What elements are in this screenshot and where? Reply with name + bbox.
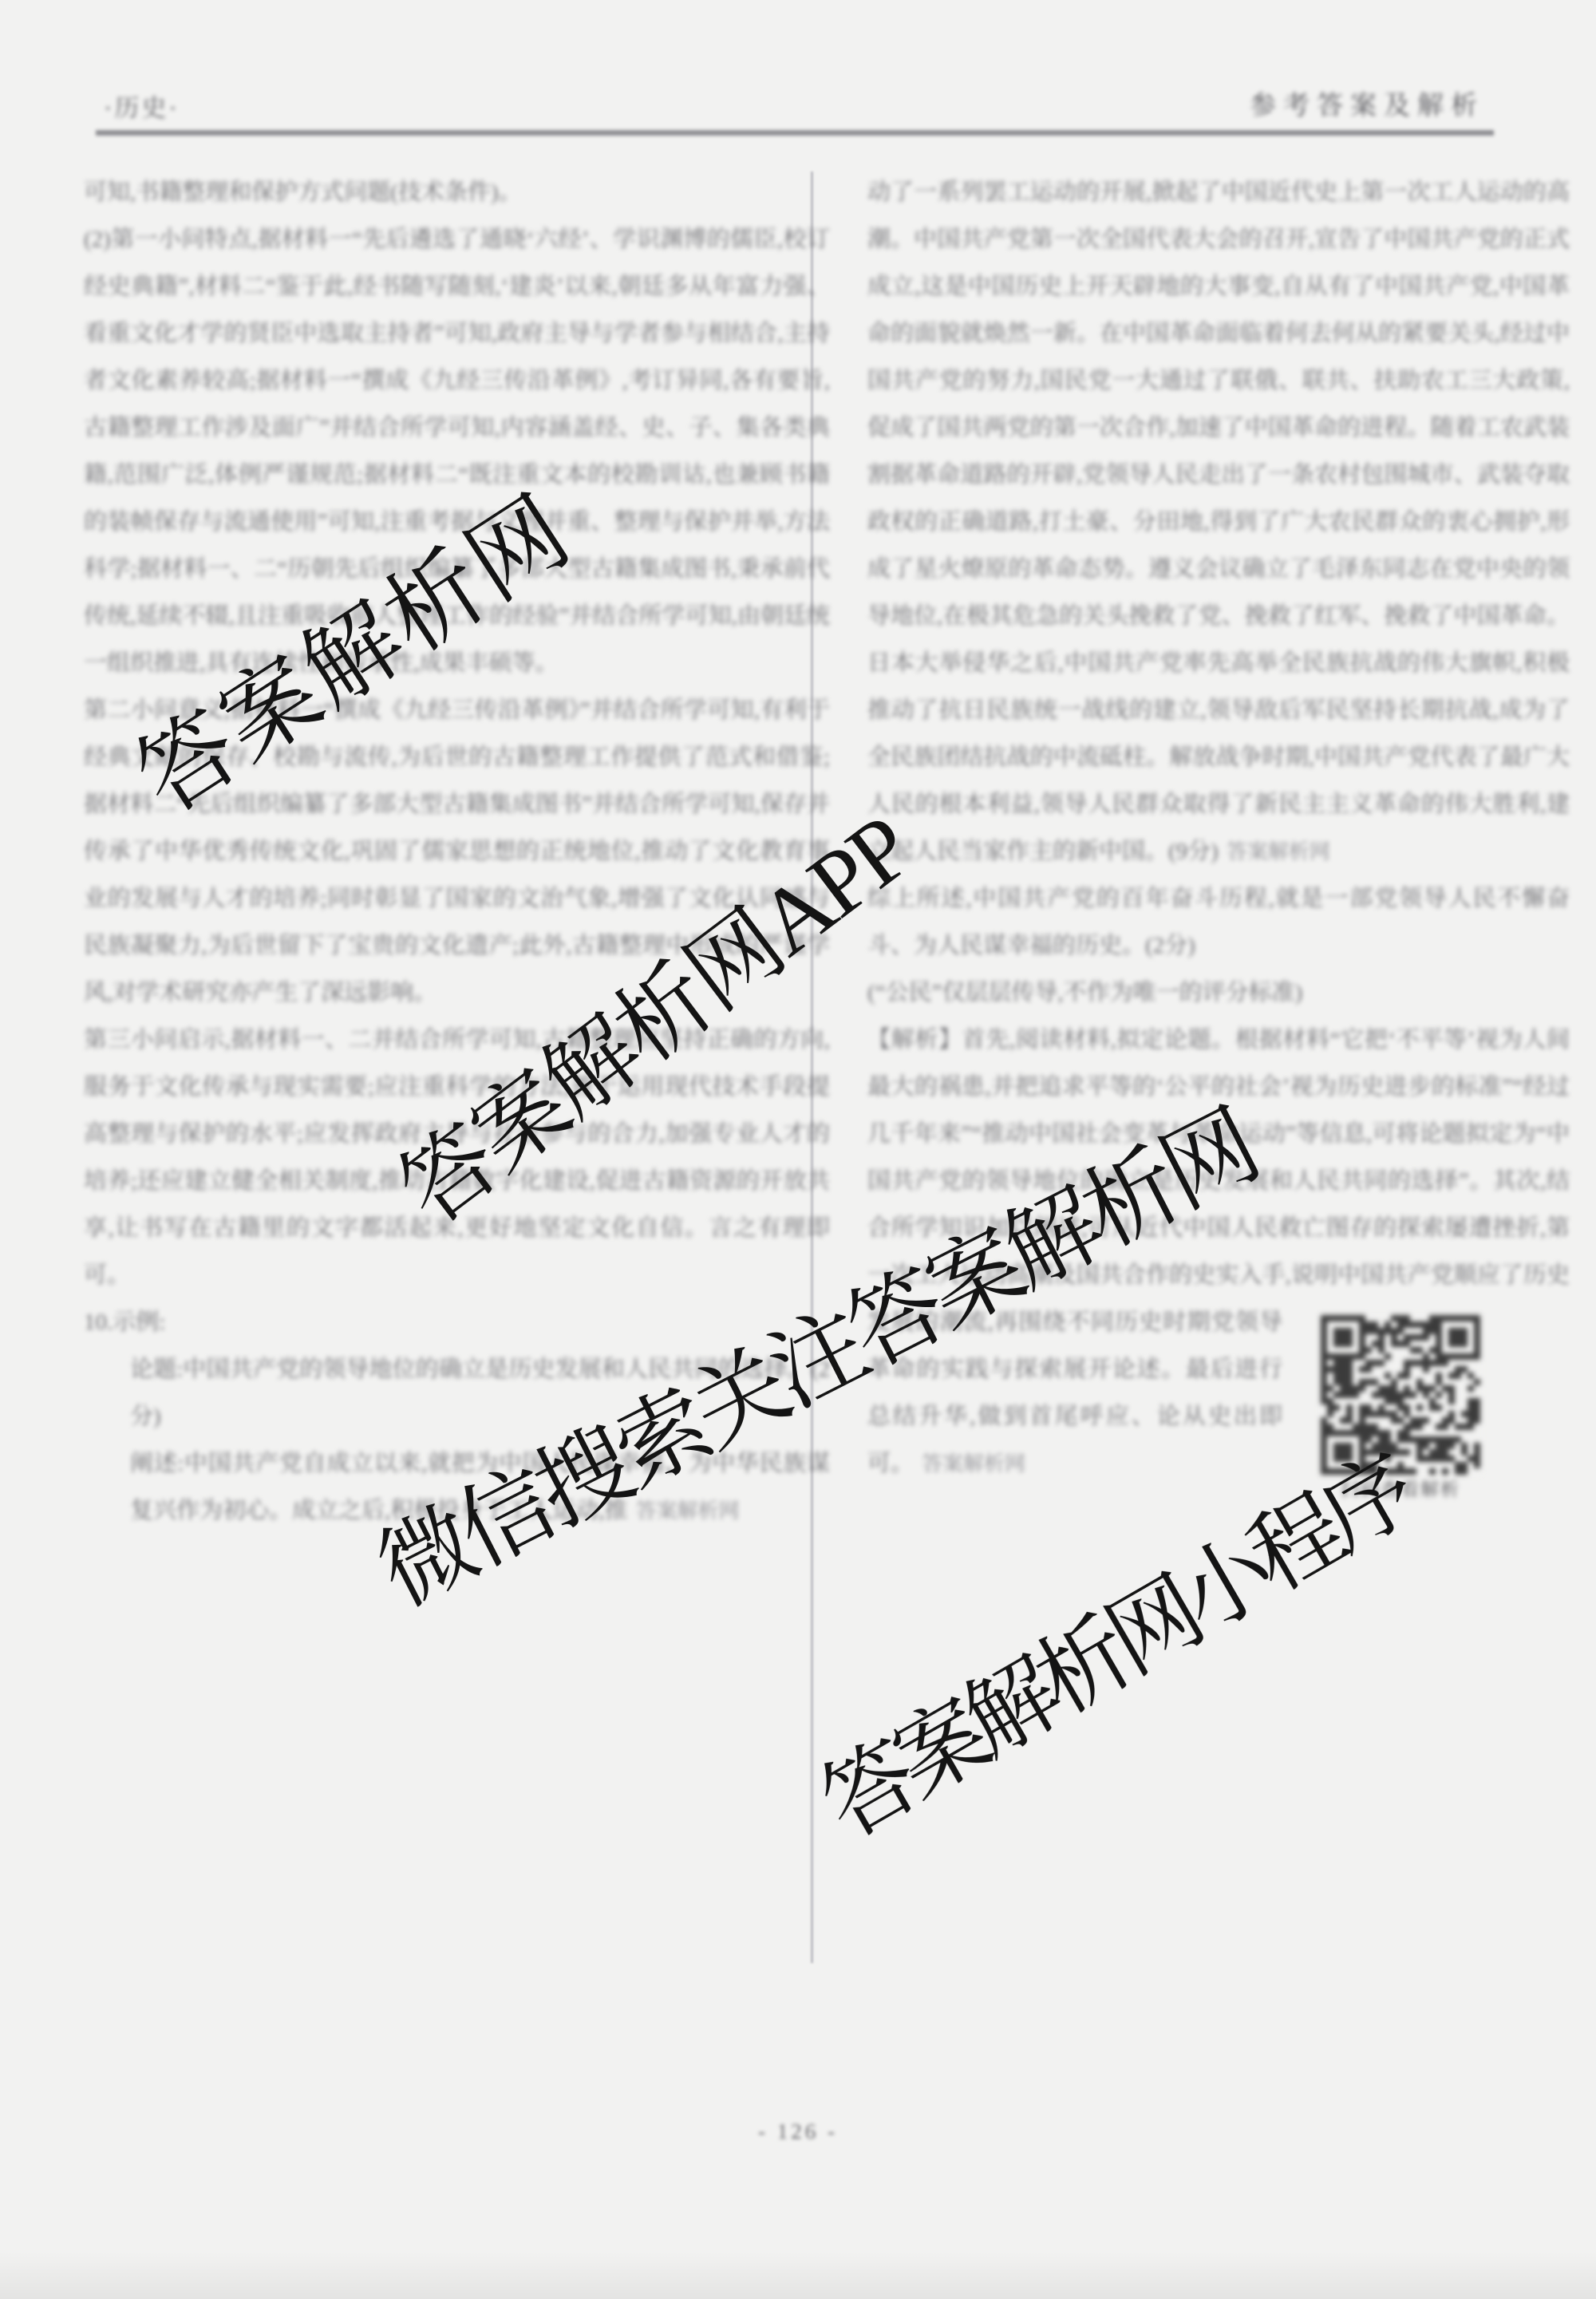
header-title: 参考答案及解析 [1250,85,1484,122]
header-rule [96,130,1494,136]
header-subject-label: ·历史· [104,88,180,124]
answer-body-paragraph: 动了一系列罢工运动的开展,掀起了中国近代史上第一次工人运动的高潮。中国共产党第一… [867,169,1570,875]
answer-body-text: 动了一系列罢工运动的开展,掀起了中国近代史上第一次工人运动的高潮。中国共产党第一… [867,180,1570,864]
scanned-answer-page: ·历史· 参考答案及解析 可知,书籍整理和保护方式问题(技术条件)。 (2)第一… [0,0,1596,2299]
page-number: - 126 - [0,2119,1596,2144]
inline-site-tag: 答案解析网 [914,1452,1025,1475]
paragraph-continuation: 可知,书籍整理和保护方式问题(技术条件)。 [84,169,830,216]
answer-summary-paragraph: 综上所述,中国共产党的百年奋斗历程,就是一部党领导人民不懈奋斗、为人民谋幸福的历… [867,875,1570,970]
inline-site-tag: 答案解析网 [1219,840,1330,863]
grading-note: (“公民”仅层层传导,不作为唯一的评分标准) [867,970,1570,1017]
